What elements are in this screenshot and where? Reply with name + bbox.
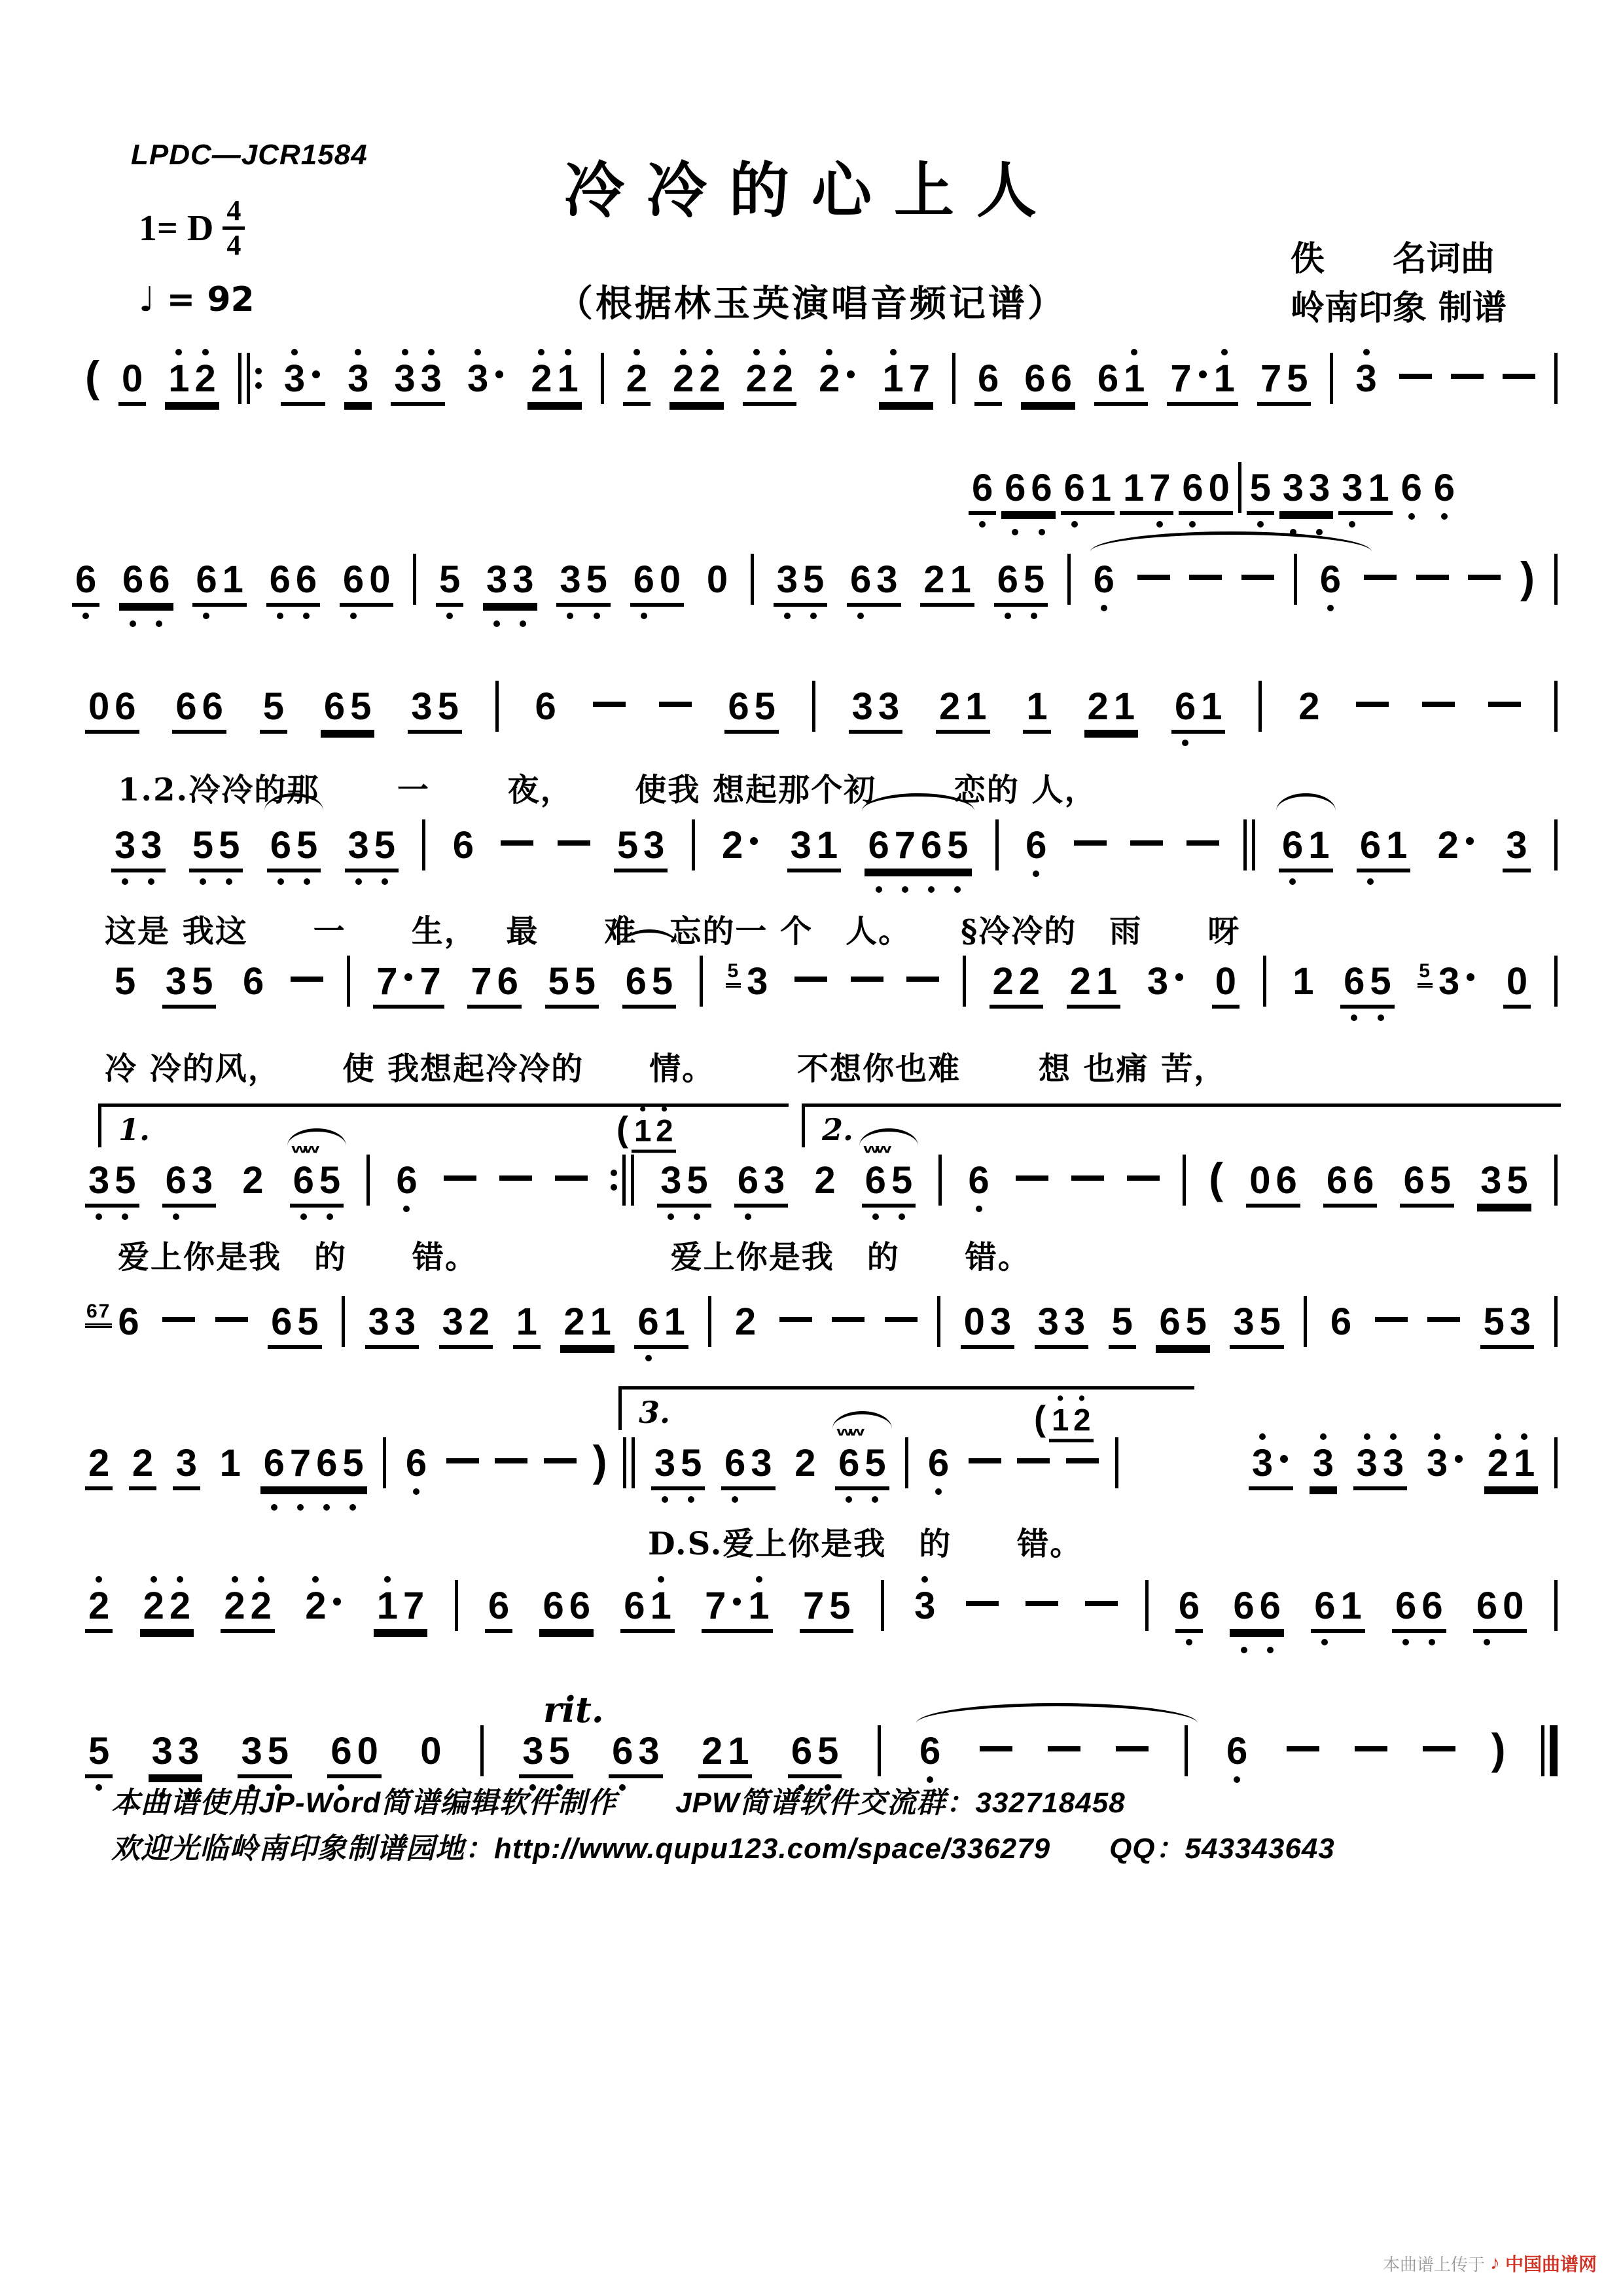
note-token: 65 bbox=[724, 685, 779, 734]
note-token: 33 bbox=[111, 823, 166, 872]
note-token: 35 bbox=[774, 558, 828, 607]
grace-note: 67 bbox=[85, 1300, 112, 1323]
note-token: 1 bbox=[1289, 960, 1317, 1005]
note-token: 3 bbox=[1249, 1441, 1293, 1490]
note-token: 0 bbox=[118, 357, 146, 406]
barline bbox=[1330, 353, 1333, 404]
note-token: 60 bbox=[630, 558, 685, 607]
barline bbox=[623, 1437, 626, 1488]
note-token: 60 bbox=[340, 558, 394, 607]
note-token: 33 bbox=[849, 685, 903, 734]
duration-dash bbox=[1427, 1317, 1460, 1322]
barline bbox=[413, 554, 416, 605]
barline-group bbox=[952, 353, 955, 404]
repeat-dots bbox=[255, 368, 262, 389]
barline-group bbox=[1294, 554, 1297, 605]
note-token: 6 bbox=[969, 466, 996, 515]
barline bbox=[1541, 1725, 1544, 1776]
barline bbox=[1294, 554, 1297, 605]
note-token: 33 bbox=[1279, 466, 1334, 515]
footer-line-1: 本曲谱使用JP-Word简谱编辑软件制作 JPW简谱软件交流群：33271845… bbox=[111, 1779, 1126, 1821]
barline bbox=[1550, 1725, 1558, 1776]
note-token: 61 bbox=[1311, 1584, 1365, 1633]
barline bbox=[700, 956, 703, 1007]
note-token: 0 bbox=[417, 1729, 444, 1774]
note-token: 77 bbox=[373, 960, 444, 1009]
note-token: 6765 bbox=[865, 823, 971, 872]
note-token: 53 bbox=[726, 960, 771, 1005]
note-token: 3 bbox=[464, 357, 508, 402]
duration-dash bbox=[1468, 575, 1501, 580]
note-token: 65 bbox=[622, 960, 677, 1009]
grace-note: 5 bbox=[726, 960, 741, 982]
note-token: 61 bbox=[634, 1300, 688, 1349]
footer-line-2: 欢迎光临岭南印象制谱园地：http://www.qupu123.com/spac… bbox=[111, 1825, 1335, 1867]
note-token: 0 bbox=[1212, 960, 1240, 1009]
volta-bracket: 3. bbox=[618, 1386, 1194, 1430]
pickup-notes: (12 bbox=[616, 1113, 676, 1153]
notation-line: 6666117605333166 bbox=[969, 466, 1458, 521]
barline bbox=[495, 681, 499, 732]
note-token: 6 bbox=[1022, 823, 1050, 869]
note-token: 31 bbox=[1338, 466, 1393, 515]
duration-dash bbox=[1016, 1175, 1048, 1181]
note-token: 66 bbox=[1021, 357, 1075, 406]
note-token: 65 bbox=[268, 1300, 322, 1349]
augmentation-dot bbox=[1466, 837, 1474, 845]
note-token: 21 bbox=[1067, 960, 1121, 1009]
barline bbox=[1304, 1296, 1307, 1347]
duration-dash bbox=[1074, 840, 1107, 846]
note-token: 1 bbox=[513, 1300, 541, 1349]
note-token: 21 bbox=[698, 1729, 753, 1778]
note-token: 6 bbox=[72, 558, 99, 607]
notation-line: 53567776556553222130165530 bbox=[111, 960, 1558, 1014]
duration-dash bbox=[779, 1317, 812, 1322]
volta-label: 1. bbox=[101, 1112, 150, 1147]
barline-group bbox=[1185, 1725, 1188, 1776]
note-token: 31 bbox=[787, 823, 842, 872]
note-token: 17 bbox=[1120, 466, 1174, 515]
notation-line: 0666565356653321121612 bbox=[85, 685, 1558, 740]
note-token: 6 bbox=[1090, 558, 1118, 603]
barline bbox=[622, 1155, 626, 1206]
notation-line: 223167656)356326ww5633333213.(12 bbox=[85, 1441, 1558, 1496]
note-token: 63 bbox=[609, 1729, 663, 1778]
volta-bracket: 2. bbox=[802, 1103, 1561, 1147]
duration-dash bbox=[446, 1458, 479, 1463]
volta-label: 2. bbox=[805, 1112, 853, 1147]
barline bbox=[1554, 554, 1558, 605]
note-token: 65 bbox=[1400, 1158, 1454, 1208]
barline bbox=[1243, 819, 1247, 870]
note-token: 71 bbox=[1167, 357, 1238, 406]
time-signature-bottom: 4 bbox=[223, 230, 245, 260]
note-token: 35 bbox=[162, 960, 217, 1009]
note-token: 3 bbox=[1423, 1441, 1468, 1486]
note-token: 33 bbox=[1353, 1441, 1408, 1490]
note-token: 35 bbox=[657, 1158, 711, 1208]
note-token: 33 bbox=[1035, 1300, 1089, 1349]
barline-group bbox=[601, 353, 604, 404]
note-token: 6 bbox=[1327, 1300, 1355, 1345]
note-token: 3 bbox=[1144, 960, 1188, 1005]
barline bbox=[1258, 681, 1262, 732]
note-token: 66 bbox=[1323, 1158, 1378, 1208]
duration-dash bbox=[1422, 702, 1455, 707]
barline-group bbox=[1554, 1155, 1558, 1206]
barline-group bbox=[751, 554, 754, 605]
barline-group bbox=[1554, 1580, 1558, 1631]
note-token: 2 bbox=[623, 357, 651, 406]
note-token: 33 bbox=[365, 1300, 419, 1349]
note-token: 12 bbox=[165, 357, 219, 406]
note-token: 21 bbox=[560, 1300, 615, 1349]
note-token: 63 bbox=[721, 1441, 776, 1490]
note-token: 5 bbox=[111, 960, 139, 1005]
note-token: 21 bbox=[936, 685, 990, 734]
note-token: 65 bbox=[788, 1729, 842, 1778]
augmentation-dot bbox=[1199, 370, 1207, 378]
note-token: 676 bbox=[85, 1300, 143, 1345]
barline-group bbox=[1554, 681, 1558, 732]
augmentation-dot bbox=[495, 370, 503, 378]
barline bbox=[480, 1725, 484, 1776]
note-token: 6 bbox=[1175, 1584, 1203, 1633]
barline bbox=[751, 554, 754, 605]
note-token: 22 bbox=[221, 1584, 275, 1633]
duration-dash bbox=[1399, 374, 1432, 379]
note-token: 2 bbox=[719, 823, 763, 869]
barline bbox=[905, 1437, 908, 1488]
note-token: 12 bbox=[1049, 1402, 1094, 1443]
note-token: 6 bbox=[1431, 466, 1458, 511]
note-token: 63 bbox=[847, 558, 901, 607]
note-token: 6 bbox=[485, 1584, 512, 1633]
note-token: 5 bbox=[1247, 466, 1274, 515]
barline-group bbox=[1145, 1580, 1149, 1631]
note-token: 6 bbox=[450, 823, 477, 869]
note-token: 06 bbox=[85, 685, 139, 734]
note-token: 32 bbox=[439, 1300, 493, 1349]
barline-group bbox=[995, 819, 999, 870]
note-token: 17 bbox=[374, 1584, 428, 1633]
barline bbox=[1554, 1155, 1558, 1206]
parenthesis: ( bbox=[1034, 1397, 1046, 1438]
note-token: 63 bbox=[734, 1158, 789, 1208]
duration-dash bbox=[544, 1458, 577, 1463]
duration-dash bbox=[1130, 840, 1163, 846]
barline-group bbox=[937, 1296, 940, 1347]
barline-group bbox=[1554, 353, 1558, 404]
notation-line: 356326ww56356326ww56(066665351.2.(12 bbox=[85, 1158, 1558, 1213]
duration-dash bbox=[1503, 374, 1535, 379]
augmentation-dot bbox=[733, 1598, 741, 1605]
barline-group bbox=[692, 819, 695, 870]
notation-line: 3355653565323167656616123 bbox=[111, 823, 1558, 878]
barline-group bbox=[383, 1437, 386, 1488]
note-token: 61 bbox=[1171, 685, 1226, 734]
lyric-line: 爱上你是我 的 错。 爱上你是我 的 错。 bbox=[118, 1232, 1031, 1277]
note-token: 6ww5 bbox=[835, 1441, 889, 1490]
note-token: 66 bbox=[1392, 1584, 1446, 1633]
note-token: 2 bbox=[791, 1441, 819, 1486]
barline bbox=[247, 353, 250, 404]
duration-dash bbox=[1186, 840, 1219, 846]
note-token: 66 bbox=[266, 558, 321, 607]
note-token: 1 bbox=[217, 1441, 244, 1486]
note-token: 5 bbox=[85, 1729, 113, 1778]
barline-group bbox=[1238, 462, 1241, 513]
barline-group bbox=[1243, 819, 1255, 870]
note-token: 66 bbox=[119, 558, 173, 607]
note-token: 2 bbox=[1435, 823, 1479, 869]
duration-dash bbox=[1116, 1746, 1149, 1751]
note-token: 5 bbox=[436, 558, 463, 607]
volta-label: 3. bbox=[622, 1395, 670, 1430]
barline-group bbox=[611, 1155, 634, 1206]
note-token: 21 bbox=[527, 357, 582, 406]
barline-group bbox=[1554, 956, 1558, 1007]
barline-group bbox=[238, 353, 262, 404]
barline-group bbox=[1183, 1155, 1186, 1206]
barline-group bbox=[905, 1437, 908, 1488]
note-token: 35 bbox=[408, 685, 462, 734]
note-token: 3 bbox=[1503, 823, 1530, 872]
barline bbox=[1115, 1437, 1118, 1488]
barline bbox=[1554, 681, 1558, 732]
note-token: 17 bbox=[879, 357, 933, 406]
note-token: 21 bbox=[1084, 685, 1139, 734]
barline bbox=[1554, 819, 1558, 870]
duration-dash bbox=[162, 1317, 195, 1322]
note-token: 35 bbox=[345, 823, 399, 872]
note-token: 35 bbox=[556, 558, 611, 607]
barline bbox=[342, 1296, 345, 1347]
duration-dash bbox=[966, 1601, 999, 1606]
duration-dash bbox=[444, 1175, 476, 1181]
duration-dash bbox=[499, 1175, 532, 1181]
note-token: 2 bbox=[732, 1300, 759, 1345]
duration-dash bbox=[495, 1458, 527, 1463]
duration-dash bbox=[1137, 575, 1170, 580]
duration-dash bbox=[1287, 1746, 1319, 1751]
repeat-dots bbox=[611, 1170, 617, 1191]
note-token: 33 bbox=[483, 558, 537, 607]
duration-dash bbox=[291, 977, 323, 982]
barline-group bbox=[455, 1580, 458, 1631]
duration-dash bbox=[969, 1458, 1001, 1463]
duration-dash bbox=[980, 1746, 1012, 1751]
barline bbox=[631, 1155, 634, 1206]
note-token: 3 bbox=[1310, 1441, 1337, 1490]
note-token: 63 bbox=[162, 1158, 217, 1208]
barline-group bbox=[881, 1580, 884, 1631]
note-token: 22 bbox=[990, 960, 1044, 1009]
note-token: 33 bbox=[391, 357, 445, 406]
duration-dash bbox=[832, 1317, 865, 1322]
barline bbox=[878, 1725, 881, 1776]
barline bbox=[1238, 462, 1241, 513]
sheet-music-page: LPDC—JCR1584 1= D 4 4 ♩ = 92 冷冷的心上人 （根据林… bbox=[0, 0, 1623, 2296]
pickup-notes: (12 bbox=[1034, 1402, 1094, 1443]
notation-line: 676653332121612033356535653 bbox=[85, 1300, 1558, 1355]
note-token: 6ww5 bbox=[290, 1158, 344, 1208]
note-token: 65 bbox=[321, 685, 375, 734]
note-token: 35 bbox=[238, 1729, 292, 1778]
duration-dash bbox=[215, 1317, 248, 1322]
augmentation-dot bbox=[1280, 1455, 1288, 1463]
note-token: 65 bbox=[1340, 960, 1395, 1009]
note-token: 2 bbox=[129, 1441, 156, 1490]
note-token: 0 bbox=[704, 558, 731, 603]
barline-group bbox=[708, 1296, 711, 1347]
augmentation-dot bbox=[847, 370, 855, 378]
barline-group bbox=[1263, 956, 1266, 1007]
duration-dash bbox=[558, 840, 590, 846]
note-token: 2 bbox=[239, 1158, 266, 1204]
duration-dash bbox=[593, 702, 626, 707]
note-token: 55 bbox=[189, 823, 243, 872]
note-token: 22 bbox=[743, 357, 797, 406]
duration-dash bbox=[1375, 1317, 1408, 1322]
barline-group bbox=[1258, 681, 1262, 732]
note-token: 61 bbox=[1357, 823, 1411, 872]
barline-group bbox=[963, 956, 966, 1007]
note-token: 61 bbox=[192, 558, 247, 607]
note-token: 66 bbox=[539, 1584, 594, 1633]
duration-dash bbox=[906, 977, 939, 982]
note-token: 35 bbox=[1477, 1158, 1531, 1208]
note-token: 21 bbox=[920, 558, 974, 607]
note-token: 06 bbox=[1246, 1158, 1300, 1208]
duration-dash bbox=[1085, 1601, 1118, 1606]
duration-dash bbox=[1241, 575, 1274, 580]
note-token: 66 bbox=[1230, 1584, 1284, 1633]
notation-line: 222222176666171753666616660 bbox=[85, 1584, 1558, 1639]
duration-dash bbox=[885, 1317, 918, 1322]
barline bbox=[347, 956, 350, 1007]
note-token: 35 bbox=[1230, 1300, 1284, 1349]
note-token: 22 bbox=[669, 357, 724, 406]
barline bbox=[366, 1155, 370, 1206]
note-token: 35 bbox=[519, 1729, 573, 1778]
barline bbox=[812, 681, 815, 732]
note-token: 1 bbox=[1023, 685, 1050, 734]
augmentation-dot bbox=[1455, 1455, 1463, 1463]
note-token: 2 bbox=[85, 1441, 113, 1490]
duration-dash bbox=[1423, 1746, 1455, 1751]
barline bbox=[422, 819, 425, 870]
barline bbox=[1263, 956, 1266, 1007]
duration-dash bbox=[1017, 1458, 1050, 1463]
duration-dash bbox=[1189, 575, 1222, 580]
barline-group bbox=[495, 681, 499, 732]
duration-dash bbox=[1451, 374, 1484, 379]
barline-group bbox=[1554, 554, 1558, 605]
barline bbox=[455, 1580, 458, 1631]
note-token: 65 bbox=[994, 558, 1048, 607]
note-token: 65 bbox=[267, 823, 321, 872]
barline-group bbox=[1541, 1725, 1558, 1776]
note-token: 61 bbox=[1094, 357, 1149, 406]
note-token: 61 bbox=[1061, 466, 1115, 515]
duration-dash bbox=[555, 1175, 588, 1181]
note-token: 65 bbox=[1156, 1300, 1210, 1349]
duration-dash bbox=[1355, 1746, 1387, 1751]
note-token: 6 bbox=[974, 357, 1002, 406]
note-token: 6 bbox=[240, 960, 267, 1005]
barline bbox=[995, 819, 999, 870]
duration-dash bbox=[1026, 1601, 1058, 1606]
barline-group bbox=[1554, 1437, 1558, 1488]
barline bbox=[601, 353, 604, 404]
barline bbox=[1067, 554, 1071, 605]
note-token: 53 bbox=[614, 823, 668, 872]
barline-group bbox=[480, 1725, 484, 1776]
barline-group bbox=[878, 1725, 881, 1776]
note-token: 03 bbox=[961, 1300, 1015, 1349]
note-token: 61 bbox=[1279, 823, 1333, 872]
note-token: 3 bbox=[911, 1584, 938, 1629]
watermark-prefix: 本曲谱上传于 bbox=[1383, 2251, 1485, 2276]
lyric-line: D.S.爱上你是我 的 错。 bbox=[648, 1518, 1082, 1564]
volta-bracket: 1. bbox=[98, 1103, 789, 1147]
barline-group bbox=[413, 554, 416, 605]
note-token: 2 bbox=[815, 357, 860, 402]
barline-group bbox=[1115, 1437, 1118, 1488]
note-token: 6 bbox=[393, 1158, 420, 1204]
watermark-site: 中国曲谱网 bbox=[1505, 2250, 1597, 2276]
rit-marking: rit. bbox=[543, 1689, 604, 1731]
note-token: 6 bbox=[916, 1729, 944, 1774]
note-token: 6765 bbox=[260, 1441, 367, 1490]
barline bbox=[383, 1437, 386, 1488]
barline-group bbox=[1067, 554, 1071, 605]
notation-line: 533356003563216566)rit. bbox=[85, 1729, 1558, 1784]
parenthesis: ( bbox=[1209, 1153, 1223, 1203]
barline bbox=[1554, 1580, 1558, 1631]
note-token: 6 bbox=[532, 685, 560, 730]
duration-dash bbox=[1066, 1458, 1099, 1463]
barline bbox=[952, 353, 955, 404]
barline bbox=[1554, 956, 1558, 1007]
note-token: 2 bbox=[85, 1584, 113, 1633]
barline bbox=[963, 956, 966, 1007]
grace-note: 5 bbox=[1418, 960, 1433, 982]
barline-group bbox=[938, 1155, 942, 1206]
barline bbox=[1183, 1155, 1186, 1206]
note-token: 75 bbox=[1257, 357, 1311, 406]
note-token: 6 bbox=[1317, 558, 1344, 603]
parenthesis: ) bbox=[593, 1436, 607, 1486]
barline-group bbox=[366, 1155, 370, 1206]
note-token: 6 bbox=[1398, 466, 1425, 511]
augmentation-dot bbox=[1467, 973, 1474, 981]
barline bbox=[937, 1296, 940, 1347]
duration-dash bbox=[1416, 575, 1449, 580]
note-token: 6ww5 bbox=[862, 1158, 916, 1208]
note-token: 3 bbox=[344, 357, 372, 406]
note-token: 6 bbox=[402, 1441, 430, 1486]
duration-dash bbox=[1488, 702, 1521, 707]
barline bbox=[938, 1155, 942, 1206]
barline bbox=[1185, 1725, 1188, 1776]
duration-dash bbox=[794, 977, 827, 982]
barline bbox=[1252, 819, 1255, 870]
duration-dash bbox=[1071, 1175, 1104, 1181]
augmentation-dot bbox=[312, 370, 320, 378]
